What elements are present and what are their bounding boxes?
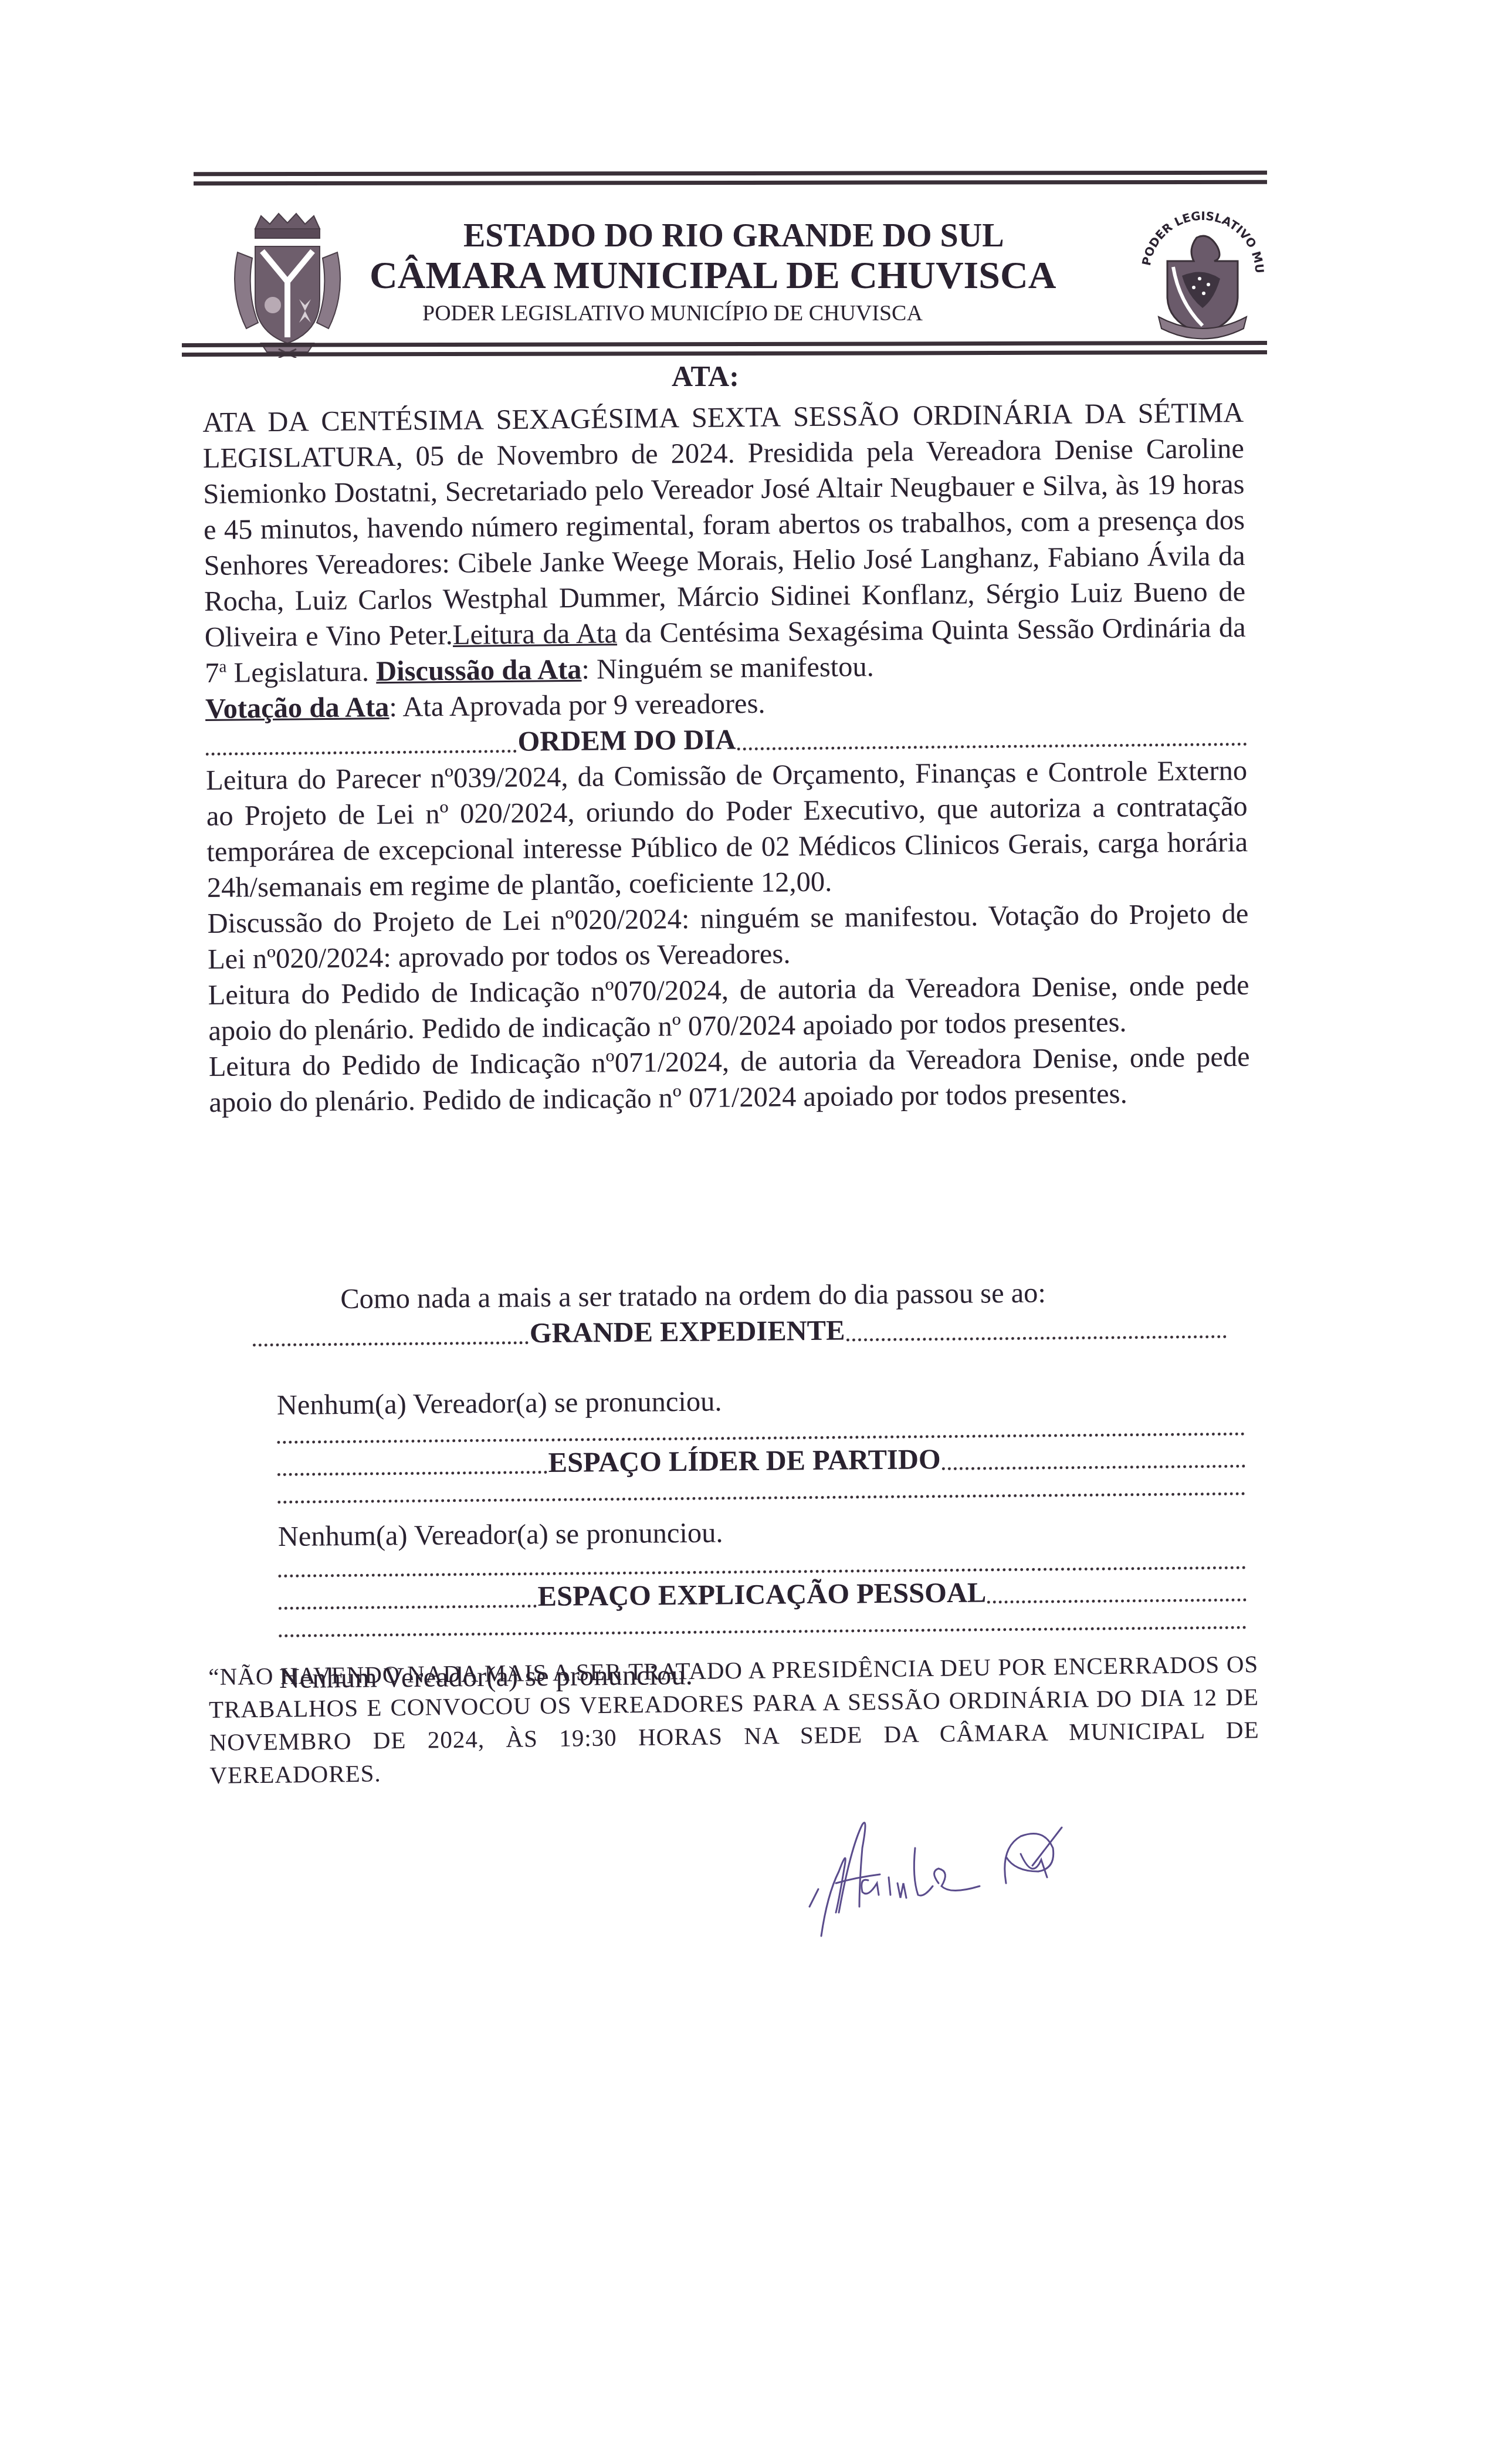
grande-expediente-text: Nenhum(a) Vereador(a) se pronunciou. <box>277 1379 1245 1423</box>
header-state: ESTADO DO RIO GRANDE DO SUL <box>463 217 1004 255</box>
header-chamber-name: CÂMARA MUNICIPAL DE CHUVISCA <box>370 253 1056 298</box>
section-ordem-do-dia: ORDEM DO DIA <box>516 722 737 760</box>
vote-text: : Ata Aprovada por 9 vereadores. <box>389 688 766 723</box>
minutes-lower: Como nada a mais a ser tratado na ordem … <box>276 1274 1247 1697</box>
ordem-item: Leitura do Pedido de Indicação nº070/202… <box>208 967 1249 1049</box>
signature-secretary <box>804 1813 1027 1948</box>
closing-paragraph: “NÃO HAVENDO NADA MAIS A SER TRATADO A P… <box>208 1647 1260 1792</box>
section-divider-lider: ESPAÇO LÍDER DE PARTIDO <box>277 1439 1245 1483</box>
vote-label: Votação da Ata <box>205 692 390 725</box>
municipal-coat-of-arms-icon <box>226 211 349 358</box>
dotted-rule <box>279 1626 1247 1637</box>
minutes-body: ATA DA CENTÉSIMA SEXAGÉSIMA SEXTA SESSÃO… <box>202 395 1251 1121</box>
document-page: ESTADO DO RIO GRANDE DO SUL CÂMARA MUNIC… <box>0 0 1497 2464</box>
reading-label: Leitura da Ata <box>453 618 618 651</box>
ordem-item: Leitura do Pedido de Indicação nº071/202… <box>209 1039 1251 1121</box>
signature-initials <box>997 1825 1068 1889</box>
ordem-item: Leitura do Parecer nº039/2024, da Comiss… <box>206 753 1248 906</box>
header-subtitle: PODER LEGISLATIVO MUNICÍPIO DE CHUVISCA <box>422 300 923 326</box>
discussion-text: : Ninguém se manifestou. <box>581 651 874 685</box>
opening-paragraph: ATA DA CENTÉSIMA SEXAGÉSIMA SEXTA SESSÃO… <box>202 395 1247 691</box>
ordem-item: Discussão do Projeto de Lei nº020/2024: … <box>207 896 1249 977</box>
discussion-label: Discussão da Ata <box>376 654 582 687</box>
dotted-rule <box>277 1492 1245 1504</box>
section-grande-expediente: GRANDE EXPEDIENTE <box>529 1313 846 1352</box>
lider-partido-text: Nenhum(a) Vereador(a) se pronunciou. <box>278 1511 1246 1555</box>
legislative-seal-icon: PODER LEGISLATIVO MUNICIPAL <box>1132 202 1273 343</box>
section-divider-explicacao: ESPAÇO EXPLICAÇÃO PESSOAL <box>278 1573 1246 1617</box>
section-explicacao-pessoal: ESPAÇO EXPLICAÇÃO PESSOAL <box>536 1575 987 1615</box>
header-rule <box>194 171 1267 177</box>
reading-tail: Legislatura. <box>226 656 376 688</box>
section-lider-partido: ESPAÇO LÍDER DE PARTIDO <box>547 1441 941 1481</box>
ordinal-sup: a <box>219 657 226 676</box>
document-title: ATA: <box>672 359 739 393</box>
header-rule <box>194 180 1267 186</box>
